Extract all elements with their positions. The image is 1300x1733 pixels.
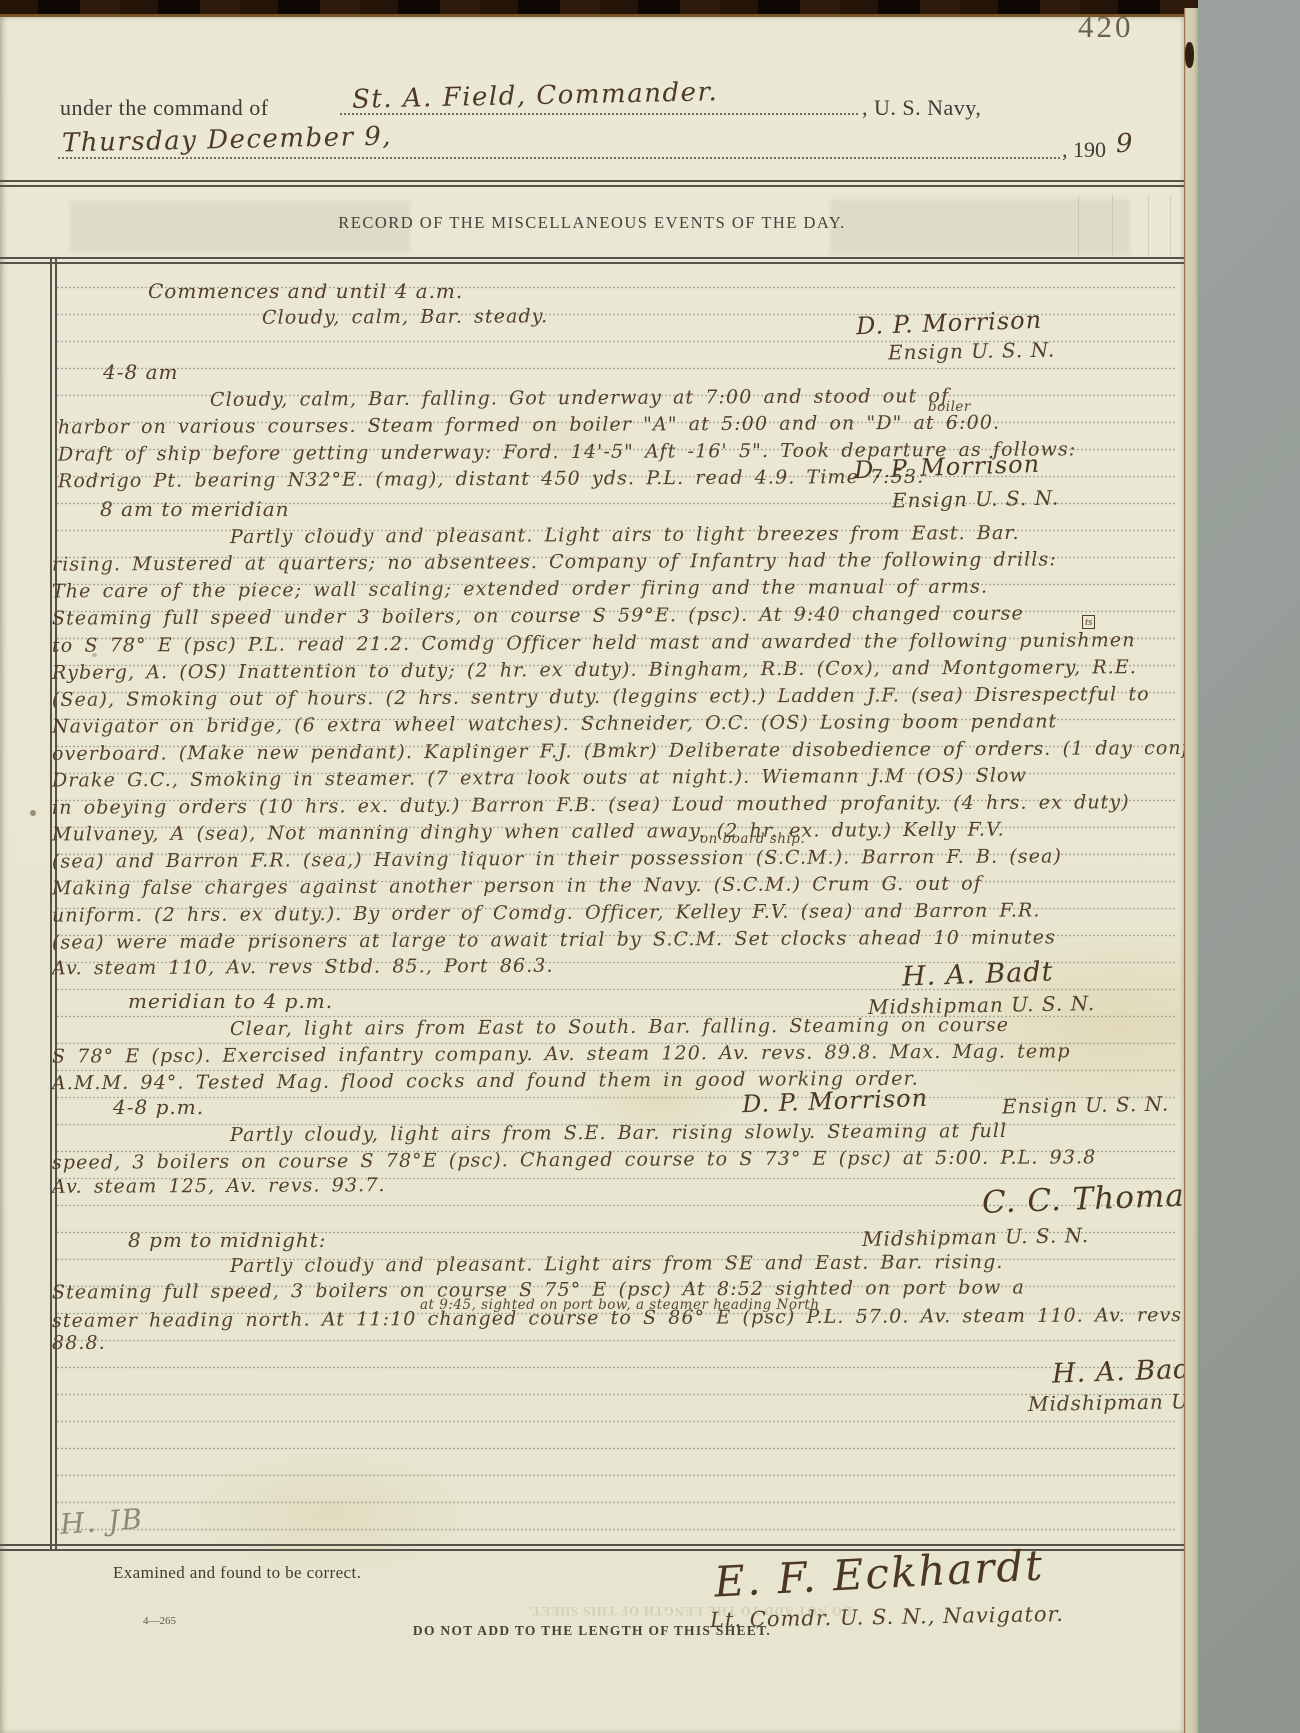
entry-line: Clear, light airs from East to South. Ba… <box>230 1014 1009 1040</box>
signature-rank: Midshipman U. S. N. <box>862 1223 1090 1251</box>
bleed-through-warning: DO NOT ADD TO THE LENGTH OF THIS SHEET. <box>520 1603 860 1618</box>
entry-heading: 8 am to meridian <box>100 497 290 521</box>
signature-name: H. A. Badt <box>902 956 1054 992</box>
inserted-phrase: on board ship. <box>700 831 805 847</box>
binding-damage-spot <box>1185 42 1194 68</box>
date-dotted-line <box>58 135 1060 159</box>
entry-line: Partly cloudy and pleasant. Light airs t… <box>230 522 1020 548</box>
header-printed-navy: , U. S. Navy, <box>862 95 981 121</box>
year-digit-handwritten: 9 <box>1116 129 1135 159</box>
page-fore-edge <box>1184 8 1198 1733</box>
entry-line: Cloudy, calm, Bar. falling. Got underway… <box>210 385 949 411</box>
record-box-left-rule-1 <box>50 257 52 1549</box>
entry-heading: 4-8 am <box>103 360 178 384</box>
entry-line: Partly cloudy, light airs from S.E. Bar.… <box>230 1120 1007 1146</box>
inserted-word-boxed: ts <box>1082 615 1095 629</box>
signature-rank: Ensign U. S. N. <box>1002 1092 1170 1119</box>
fox-spot <box>92 653 97 657</box>
section-title: RECORD OF THE MISCELLANEOUS EVENTS OF TH… <box>0 213 1184 233</box>
entry-line: Av. steam 125, Av. revs. 93.7. <box>52 1174 386 1198</box>
header-rule-1 <box>0 180 1184 182</box>
signature-rank: Ensign U. S. N. <box>888 338 1056 365</box>
signature-rank: Ensign U. S. N. <box>892 486 1060 513</box>
record-box-top-rule-1 <box>0 257 1184 259</box>
entry-heading: meridian to 4 p.m. <box>128 989 333 1013</box>
entry-line: Partly cloudy and pleasant. Light airs f… <box>230 1251 1004 1277</box>
entry-line: Rodrigo Pt. bearing N32°E. (mag), distan… <box>58 466 924 493</box>
signature-name: C. C. Thomas <box>981 1177 1184 1221</box>
year-printed: , 190 <box>1062 137 1106 163</box>
entry-line: Cloudy, calm, Bar. steady. <box>262 305 548 328</box>
entry-line: 88.8. <box>52 1332 106 1354</box>
examined-statement: Examined and found to be correct. <box>113 1563 361 1583</box>
page-number: 420 <box>1078 13 1134 45</box>
logbook-page: 420 under the command of St. A. Field, C… <box>0 13 1184 1733</box>
entry-line: Av. steam 110, Av. revs Stbd. 85., Port … <box>52 955 554 980</box>
entry-heading: 4-8 p.m. <box>113 1095 204 1119</box>
entry-heading: Commences and until 4 a.m. <box>148 279 463 303</box>
commander-dotted-line <box>340 91 858 115</box>
signature-rank: Midshipman U. S. N. <box>1028 1388 1184 1416</box>
header-rule-2 <box>0 185 1184 187</box>
logbook-screenshot: 420 under the command of St. A. Field, C… <box>0 0 1300 1733</box>
signature-name: H. A. Badt <box>1052 1353 1184 1389</box>
book-binding-top <box>0 0 1198 17</box>
entry-heading: 8 pm to midnight: <box>128 1228 327 1252</box>
sheet-warning: DO NOT ADD TO THE LENGTH OF THIS SHEET. <box>0 1623 1184 1639</box>
header-printed-lead: under the command of <box>60 95 269 121</box>
pencil-initials: H. JB <box>59 1502 145 1541</box>
ink-blot <box>30 810 36 816</box>
